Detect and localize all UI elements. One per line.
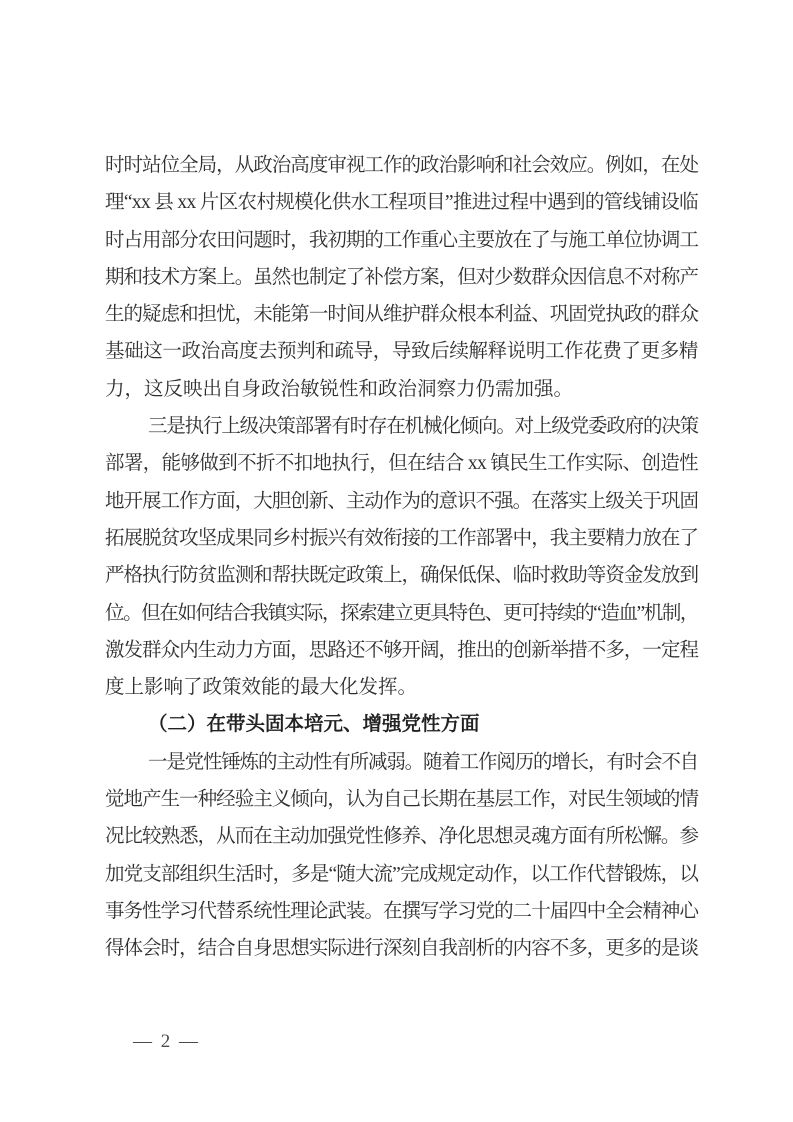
text-line-content: （二）在带头固本培元、增强党性方面 — [148, 706, 480, 743]
text-line: 时时站位全局，从政治高度审视工作的政治影响和社会效应。例如，在处 — [105, 147, 698, 184]
text-line: 理“xx 县 xx 片区农村规模化供水工程项目”推进过程中遇到的管线铺设临 — [105, 184, 698, 221]
text-line: 时占用部分农田问题时，我初期的工作重心主要放在了与施工单位协调工 — [105, 222, 698, 259]
text-line-content: 力，这反映出自身政治敏锐性和政治洞察力仍需加强。 — [105, 371, 573, 408]
text-line-content: 时占用部分农田问题时，我初期的工作重心主要放在了与施工单位协调工 — [105, 222, 698, 259]
text-line-content: 期和技术方案上。虽然也制定了补偿方案，但对少数群众因信息不对称产 — [105, 259, 698, 296]
text-line-content: 三是执行上级决策部署有时存在机械化倾向。对上级党委政府的决策 — [148, 408, 698, 445]
text-line-content: 一是党性锤炼的主动性有所减弱。随着工作阅历的增长，有时会不自 — [148, 744, 698, 781]
text-line-content: 加党支部组织生活时，多是“随大流”完成规定动作，以工作代替锻炼，以 — [105, 856, 698, 893]
text-line: 加党支部组织生活时，多是“随大流”完成规定动作，以工作代替锻炼，以 — [105, 856, 698, 893]
text-line: 地开展工作方面，大胆创新、主动作为的意识不强。在落实上级关于巩固 — [105, 483, 698, 520]
text-line-content: 地开展工作方面，大胆创新、主动作为的意识不强。在落实上级关于巩固 — [105, 483, 698, 520]
text-line: 三是执行上级决策部署有时存在机械化倾向。对上级党委政府的决策 — [105, 408, 698, 445]
document-body: 时时站位全局，从政治高度审视工作的政治影响和社会效应。例如，在处理“xx 县 x… — [105, 147, 698, 968]
text-line-content: 部署，能够做到不折不扣地执行，但在结合 xx 镇民生工作实际、创造性 — [105, 445, 698, 482]
text-line: 严格执行防贫监测和帮扶既定政策上，确保低保、临时救助等资金发放到 — [105, 557, 698, 594]
text-line-content: 生的疑虑和担忧，未能第一时间从维护群众根本利益、巩固党执政的群众 — [105, 296, 698, 333]
document-page: 时时站位全局，从政治高度审视工作的政治影响和社会效应。例如，在处理“xx 县 x… — [0, 0, 793, 1122]
text-line: 力，这反映出自身政治敏锐性和政治洞察力仍需加强。 — [105, 371, 698, 408]
heading-section-2: （二）在带头固本培元、增强党性方面 — [105, 706, 698, 743]
para-party-spirit: 一是党性锤炼的主动性有所减弱。随着工作阅历的增长，有时会不自觉地产生一种经验主义… — [105, 744, 698, 968]
text-line-content: 位。但在如何结合我镇实际，探索建立更具特色、更可持续的“造血”机制， — [105, 595, 698, 632]
text-line: 激发群众内生动力方面，思路还不够开阔，推出的创新举措不多，一定程 — [105, 632, 698, 669]
text-line: 觉地产生一种经验主义倾向，认为自己长期在基层工作，对民生领域的情 — [105, 781, 698, 818]
text-line-content: 严格执行防贫监测和帮扶既定政策上，确保低保、临时救助等资金发放到 — [105, 557, 698, 594]
text-line: 期和技术方案上。虽然也制定了补偿方案，但对少数群众因信息不对称产 — [105, 259, 698, 296]
text-line-content: 时时站位全局，从政治高度审视工作的政治影响和社会效应。例如，在处 — [105, 147, 698, 184]
text-line-content: 度上影响了政策效能的最大化发挥。 — [105, 669, 417, 706]
text-line: 生的疑虑和担忧，未能第一时间从维护群众根本利益、巩固党执政的群众 — [105, 296, 698, 333]
text-line-content: 基础这一政治高度去预判和疏导，导致后续解释说明工作花费了更多精 — [105, 333, 698, 370]
text-line: 拓展脱贫攻坚成果同乡村振兴有效衔接的工作部署中，我主要精力放在了 — [105, 520, 698, 557]
text-line: 得体会时，结合自身思想实际进行深刻自我剖析的内容不多，更多的是谈 — [105, 930, 698, 967]
text-line-content: 拓展脱贫攻坚成果同乡村振兴有效衔接的工作部署中，我主要精力放在了 — [105, 520, 698, 557]
text-line: 一是党性锤炼的主动性有所减弱。随着工作阅历的增长，有时会不自 — [105, 744, 698, 781]
text-line-content: 事务性学习代替系统性理论武装。在撰写学习党的二十届四中全会精神心 — [105, 893, 698, 930]
text-line-content: 理“xx 县 xx 片区农村规模化供水工程项目”推进过程中遇到的管线铺设临 — [105, 184, 698, 221]
text-line: 况比较熟悉，从而在主动加强党性修养、净化思想灵魂方面有所松懈。参 — [105, 818, 698, 855]
text-line: 度上影响了政策效能的最大化发挥。 — [105, 669, 698, 706]
text-line-content: 得体会时，结合自身思想实际进行深刻自我剖析的内容不多，更多的是谈 — [105, 930, 698, 967]
para-executing-decisions: 三是执行上级决策部署有时存在机械化倾向。对上级党委政府的决策部署，能够做到不折不… — [105, 408, 698, 706]
text-line: 部署，能够做到不折不扣地执行，但在结合 xx 镇民生工作实际、创造性 — [105, 445, 698, 482]
text-line-content: 觉地产生一种经验主义倾向，认为自己长期在基层工作，对民生领域的情 — [105, 781, 698, 818]
text-line: （二）在带头固本培元、增强党性方面 — [105, 706, 698, 743]
para-political-awareness: 时时站位全局，从政治高度审视工作的政治影响和社会效应。例如，在处理“xx 县 x… — [105, 147, 698, 408]
text-line: 位。但在如何结合我镇实际，探索建立更具特色、更可持续的“造血”机制， — [105, 595, 698, 632]
text-line-content: 激发群众内生动力方面，思路还不够开阔，推出的创新举措不多，一定程 — [105, 632, 698, 669]
page-number: — 2 — — [133, 1029, 200, 1055]
text-line-content: 况比较熟悉，从而在主动加强党性修养、净化思想灵魂方面有所松懈。参 — [105, 818, 698, 855]
text-line: 基础这一政治高度去预判和疏导，导致后续解释说明工作花费了更多精 — [105, 333, 698, 370]
text-line: 事务性学习代替系统性理论武装。在撰写学习党的二十届四中全会精神心 — [105, 893, 698, 930]
